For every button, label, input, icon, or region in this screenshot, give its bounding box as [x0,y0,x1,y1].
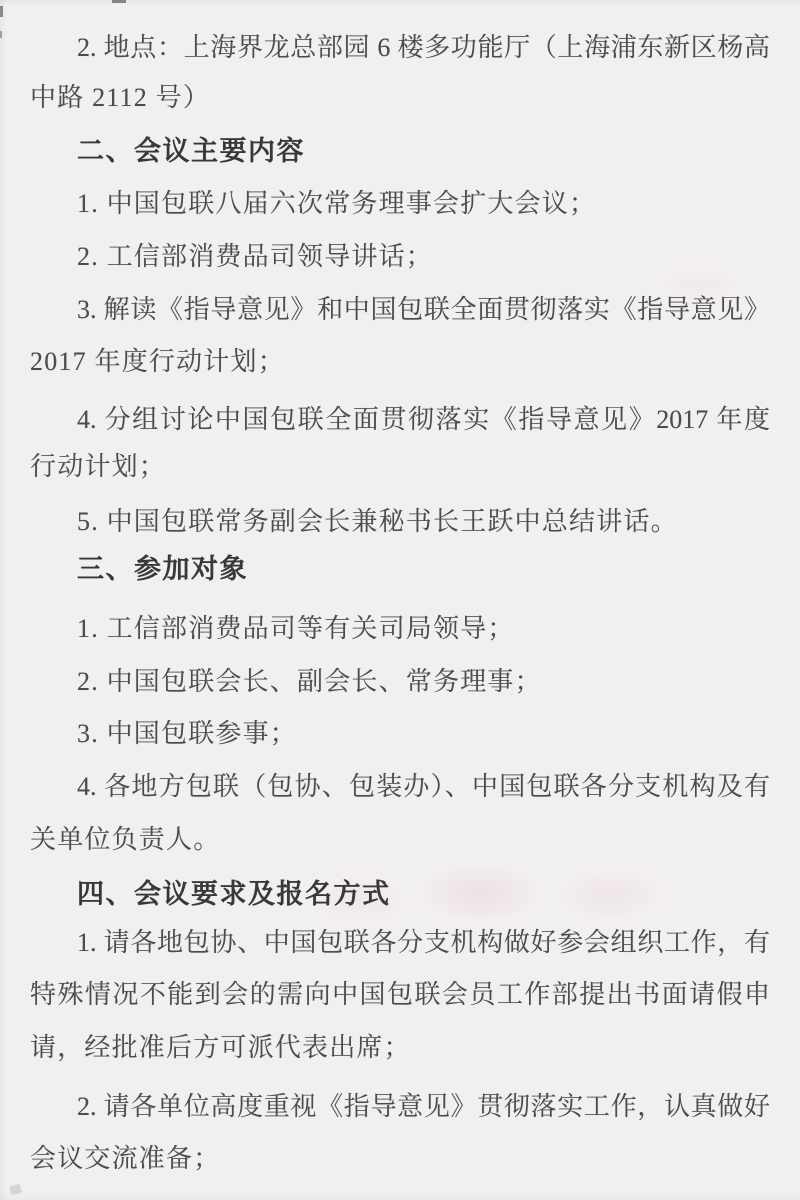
text-line: 2. 中国包联会长、副会长、常务理事； [30,664,770,700]
text-line: 会议交流准备； [30,1141,770,1177]
scan-smudge-artifact [9,1184,22,1196]
document-body: 2. 地点：上海界龙总部园 6 楼多功能厅（上海浦东新区杨高 中路 2112 号… [30,0,770,1200]
text-line: 2017 年度行动计划； [30,344,770,380]
section-heading-3: 三、参加对象 [30,551,770,587]
text-line: 2. 请各单位高度重视《指导意见》贯彻落实工作，认真做好 [30,1089,770,1125]
text-line: 请，经批准后方可派代表出席； [30,1030,770,1066]
scanned-document-page: { "document": { "kind": "scanned meeting… [0,0,800,1200]
text-line: 4. 各地方包联（包协、包装办）、中国包联各分支机构及有 [30,769,770,805]
text-line: 5. 中国包联常务副会长兼秘书长王跃中总结讲话。 [30,504,770,540]
section-heading-2: 二、会议主要内容 [30,133,770,169]
text-line: 中路 2112 号） [30,80,770,116]
text-line: 3. 解读《指导意见》和中国包联全面贯彻落实《指导意见》 [30,292,770,328]
text-line: 1. 工信部消费品司等有关司局领导； [30,611,770,647]
text-line: 2. 地点：上海界龙总部园 6 楼多功能厅（上海浦东新区杨高 [30,30,770,66]
text-line: 1. 中国包联八届六次常务理事会扩大会议； [30,186,770,222]
text-line: 关单位负责人。 [30,822,770,858]
text-line: 行动计划； [30,449,770,485]
text-line: 3. 中国包联参事； [30,716,770,752]
section-heading-4: 四、会议要求及报名方式 [30,876,770,912]
text-line: 特殊情况不能到会的需向中国包联会员工作部提出书面请假申 [30,977,770,1013]
scan-edge-artifact [0,6,3,17]
scan-edge-artifact [112,0,126,3]
scan-edge-artifact [0,31,2,38]
text-line: 4. 分组讨论中国包联全面贯彻落实《指导意见》2017 年度 [30,402,770,438]
text-line: 1. 请各地包协、中国包联各分支机构做好参会组织工作，有 [30,925,770,961]
text-line: 2. 工信部消费品司领导讲话； [30,239,770,275]
